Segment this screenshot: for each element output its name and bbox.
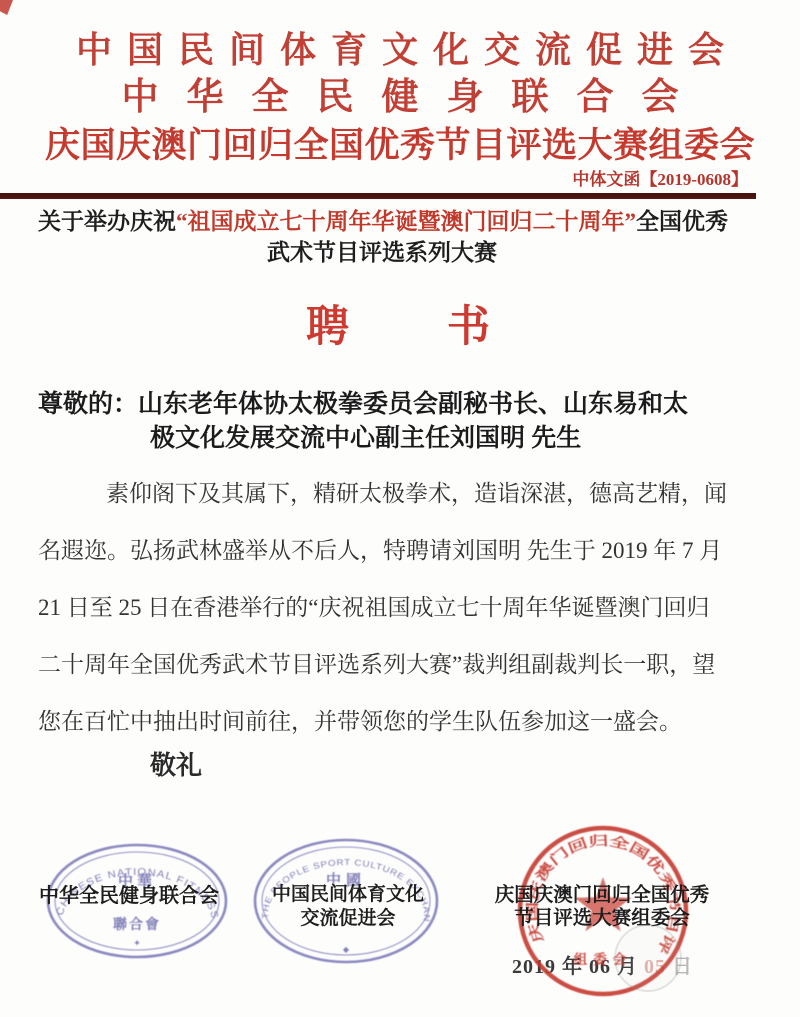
body-line-1: 素仰阁下及其属下，精研太极拳术，造诣深湛，德高艺精，闻 <box>38 465 766 522</box>
closing-salute: 敬礼 <box>0 750 800 782</box>
body-line-3: 21 日至 25 日在香港举行的“庆祝祖国成立七十周年华诞暨澳门回归 <box>38 579 766 636</box>
subject-line-1: 关于举办庆祝“祖国成立七十周年华诞暨澳门回归二十周年”全国优秀 <box>38 206 766 237</box>
body-line-2: 名遐迩。弘扬武林盛举从不后人，特聘请刘国明 先生于 2019 年 7 月 <box>38 522 766 579</box>
signature-org-3-line-1: 庆国庆澳门回归全国优秀 <box>486 884 718 907</box>
salutation-line-2: 极文化发展交流中心副主任刘国明 先生 <box>38 422 766 456</box>
seal-left-inner-bottom-text: 聯合會 <box>113 916 161 933</box>
body-line-4: 二十周年全国优秀武术节目评选系列大赛”裁判组副裁判长一职，望 <box>38 636 766 693</box>
scanned-letter-page: 中国民间体育文化交流促进会 中华全民健身联合会 庆国庆澳门回归全国优秀节目评选大… <box>0 0 800 1017</box>
signature-org-3: 庆国庆澳门回归全国优秀 节目评选大赛组委会 <box>486 884 718 930</box>
subject-quoted-red-text: “祖国成立七十周年华诞暨澳门回归二十周年” <box>176 209 636 234</box>
faint-watermark-circle <box>614 924 682 992</box>
seal-left-star-icon: ✦ <box>133 938 141 948</box>
signature-org-2-line-1: 中国民间体育文化 <box>256 883 440 907</box>
signature-org-1-line-1: 中华全民健身联合会 <box>33 884 225 908</box>
body-line-5: 您在百忙中抽出时间前往，并带领您的学生队伍参加这一盛会。 <box>38 693 766 750</box>
letterhead: 中国民间体育文化交流促进会 中华全民健身联合会 庆国庆澳门回归全国优秀节目评选大… <box>0 0 800 190</box>
org-name-line-3: 庆国庆澳门回归全国优秀节目评选大赛组委会 <box>0 124 800 168</box>
signature-org-1: 中华全民健身联合会 <box>33 884 225 908</box>
salutation-line-1: 尊敬的：山东老年体协太极拳委员会副秘书长、山东易和太 <box>38 388 766 422</box>
signature-org-3-line-2: 节目评选大赛组委会 <box>486 907 718 930</box>
letter-title: 聘 书 <box>0 304 800 352</box>
body-paragraph: 素仰阁下及其属下，精研太极拳术，造诣深湛，德高艺精，闻 名遐迩。弘扬武林盛举从不… <box>38 465 766 750</box>
document-reference-number: 中体文函【2019-0608】 <box>0 169 800 190</box>
signature-org-2: 中国民间体育文化 交流促进会 <box>256 883 440 931</box>
org-name-line-1: 中国民间体育文化交流促进会 <box>0 27 800 73</box>
subject-suffix: 全国优秀 <box>636 209 728 234</box>
letterhead-divider-rule <box>0 193 756 199</box>
signature-org-2-line-2: 交流促进会 <box>256 907 440 931</box>
seal-middle-diamond-icon: ◆ <box>343 945 350 954</box>
subject-prefix: 关于举办庆祝 <box>38 209 176 234</box>
subject-paragraph: 关于举办庆祝“祖国成立七十周年华诞暨澳门回归二十周年”全国优秀 武术节目评选系列… <box>38 206 766 268</box>
org-name-line-2: 中华全民健身联合会 <box>0 74 800 122</box>
salutation-block: 尊敬的：山东老年体协太极拳委员会副秘书长、山东易和太 极文化发展交流中心副主任刘… <box>38 388 766 456</box>
subject-line-2: 武术节目评选系列大赛 <box>18 237 746 268</box>
